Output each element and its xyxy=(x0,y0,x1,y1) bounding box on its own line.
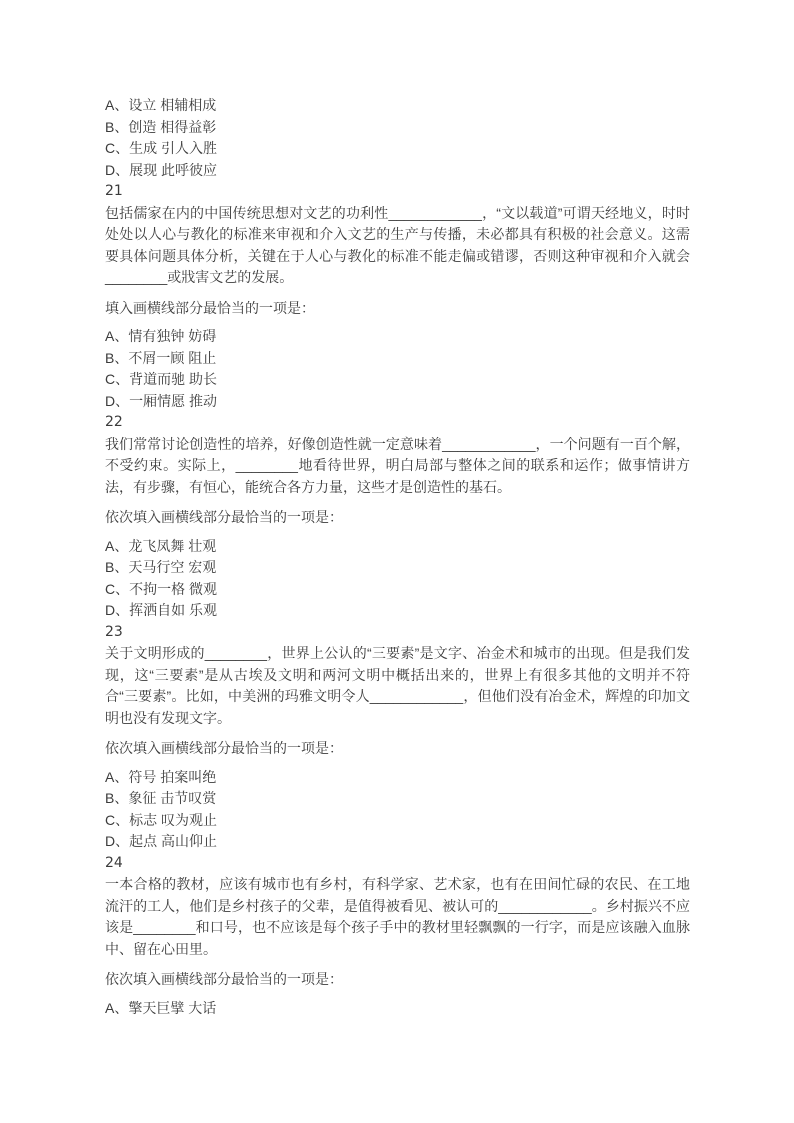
question-22-options: A、龙飞凤舞 壮观 B、天马行空 宏观 C、不拘一格 微观 D、挥洒自如 乐观 xyxy=(105,536,690,622)
question-text: 我们常常讨论创造性的培养，好像创造性就一定意味着____________，一个问… xyxy=(105,434,690,499)
question-24-options: A、擎天巨擘 大话 xyxy=(105,998,690,1020)
option-b: B、天马行空 宏观 xyxy=(105,557,690,579)
option-c: C、不拘一格 微观 xyxy=(105,579,690,601)
question-text: 关于文明形成的________，世界上公认的“三要素”是文字、冶金术和城市的出现… xyxy=(105,643,690,729)
option-a: A、龙飞凤舞 壮观 xyxy=(105,536,690,558)
option-c: C、标志 叹为观止 xyxy=(105,810,690,832)
option-c: C、背道而驰 助长 xyxy=(105,369,690,391)
question-number: 22 xyxy=(105,412,690,434)
option-c: C、生成 引人入胜 xyxy=(105,138,690,160)
option-d: D、一厢情愿 推动 xyxy=(105,391,690,413)
question-text: 一本合格的教材，应该有城市也有乡村，有科学家、艺术家，也有在田间忙碌的农民、在工… xyxy=(105,874,690,960)
answer-prompt: 依次填入画横线部分最恰当的一项是： xyxy=(105,969,690,991)
option-d: D、挥洒自如 乐观 xyxy=(105,600,690,622)
question-22: 22 我们常常讨论创造性的培养，好像创造性就一定意味着____________，… xyxy=(105,412,690,622)
option-a: A、设立 相辅相成 xyxy=(105,95,690,117)
option-a: A、符号 拍案叫绝 xyxy=(105,767,690,789)
option-b: B、不屑一顾 阻止 xyxy=(105,348,690,370)
question-21-options: A、情有独钟 妨碍 B、不屑一顾 阻止 C、背道而驰 助长 D、一厢情愿 推动 xyxy=(105,326,690,412)
question-23: 23 关于文明形成的________，世界上公认的“三要素”是文字、冶金术和城市… xyxy=(105,622,690,853)
question-number: 23 xyxy=(105,622,690,644)
question-23-options: A、符号 拍案叫绝 B、象征 击节叹赏 C、标志 叹为观止 D、起点 高山仰止 xyxy=(105,767,690,853)
previous-question-options: A、设立 相辅相成 B、创造 相得益彰 C、生成 引人入胜 D、展现 此呼彼应 xyxy=(105,95,690,181)
answer-prompt: 依次填入画横线部分最恰当的一项是： xyxy=(105,738,690,760)
question-24: 24 一本合格的教材，应该有城市也有乡村，有科学家、艺术家，也有在田间忙碌的农民… xyxy=(105,853,690,1020)
question-number: 24 xyxy=(105,853,690,875)
answer-prompt: 填入画横线部分最恰当的一项是： xyxy=(105,298,690,320)
question-text: 包括儒家在内的中国传统思想对文艺的功利性____________，“文以载道”可… xyxy=(105,203,690,289)
option-a: A、情有独钟 妨碍 xyxy=(105,326,690,348)
option-d: D、起点 高山仰止 xyxy=(105,831,690,853)
option-b: B、象征 击节叹赏 xyxy=(105,788,690,810)
question-21: 21 包括儒家在内的中国传统思想对文艺的功利性____________，“文以载… xyxy=(105,181,690,412)
exam-document-page: A、设立 相辅相成 B、创造 相得益彰 C、生成 引人入胜 D、展现 此呼彼应 … xyxy=(0,0,794,1123)
option-a: A、擎天巨擘 大话 xyxy=(105,998,690,1020)
question-number: 21 xyxy=(105,181,690,203)
option-b: B、创造 相得益彰 xyxy=(105,117,690,139)
option-d: D、展现 此呼彼应 xyxy=(105,160,690,182)
answer-prompt: 依次填入画横线部分最恰当的一项是： xyxy=(105,507,690,529)
